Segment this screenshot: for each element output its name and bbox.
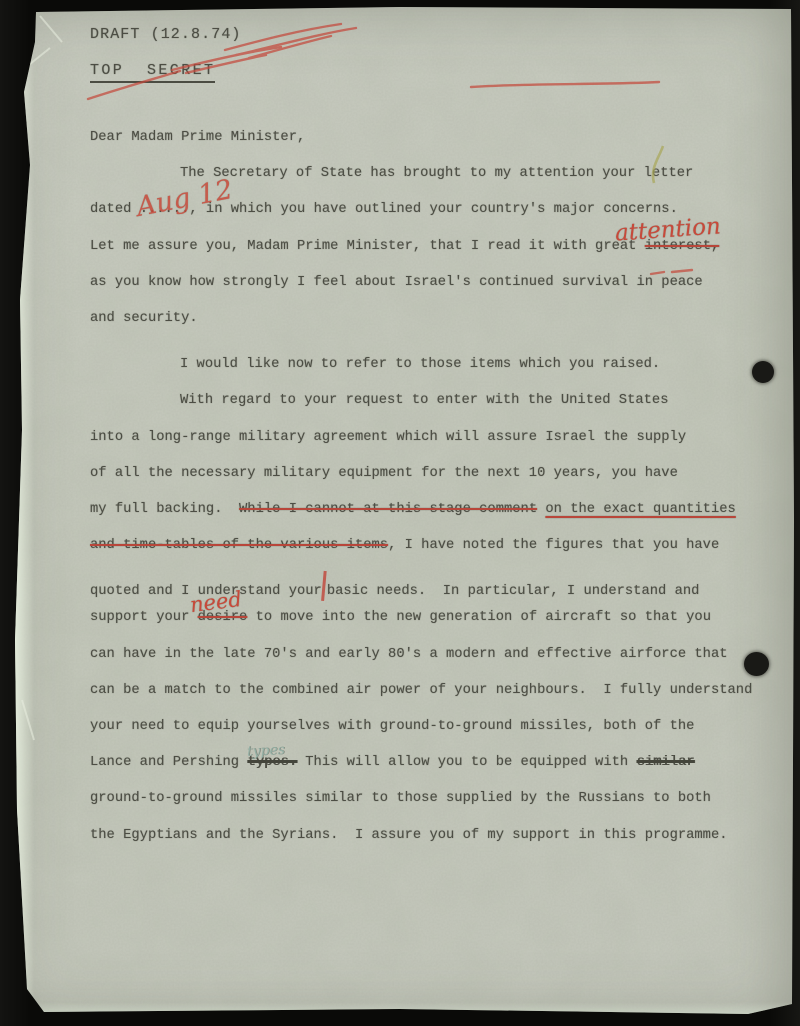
scan-surface: DRAFT (12.8.74) TOP SECRET Dear Madam Pr… [0, 0, 800, 1026]
text-segment: your need to equip yourselves with groun… [90, 719, 694, 734]
text-segment: my full backing. [90, 502, 239, 517]
text-segment: Let me assure you, Madam Prime Minister,… [90, 239, 645, 254]
text-segment: The Secretary of State has brought to my… [180, 166, 693, 181]
bottom-edge-highlight [0, 1002, 800, 1016]
letter-line: Lance and Pershing types.types This will… [90, 745, 782, 781]
letter-body: Dear Madam Prime Minister,The Secretary … [90, 120, 782, 854]
text-segment: dated [90, 202, 140, 217]
text-segment: quoted and I understand your [90, 584, 322, 599]
text-segment: types.types [247, 755, 297, 770]
letter-line: the Egyptians and the Syrians. I assure … [90, 818, 782, 854]
red-caret-mark [321, 571, 327, 601]
letter-line: can be a match to the combined air power… [90, 673, 782, 709]
text-segment: basic needs. In particular, I understand… [327, 584, 700, 599]
letter-line: your need to equip yourselves with groun… [90, 709, 782, 745]
hole-punch-bottom [744, 652, 769, 676]
letter-line: into a long-range military agreement whi… [90, 420, 782, 456]
text-segment: With regard to your request to enter wit… [180, 393, 669, 408]
text-segment: as you know how strongly I feel about Is… [90, 275, 703, 290]
text-segment: to move into the new generation of aircr… [247, 610, 711, 625]
hole-punch-top [752, 361, 774, 383]
text-segment: ......,Aug 12 [140, 202, 198, 217]
text-segment: can be a match to the combined air power… [90, 683, 752, 698]
letter-line: of all the necessary military equipment … [90, 456, 782, 492]
text-segment: can have in the late 70's and early 80's… [90, 647, 728, 662]
text-segment: and time-tables of the various items [90, 538, 388, 553]
letter-line: Dear Madam Prime Minister, [90, 120, 782, 156]
letter-line: dated ......,Aug 12 in which you have ou… [90, 192, 782, 228]
letter-line: ground-to-ground missiles similar to tho… [90, 781, 782, 817]
letter-line: and time-tables of the various items, I … [90, 528, 782, 564]
text-segment: in which you have outlined your country'… [198, 202, 678, 217]
letter-line: as you know how strongly I feel about Is… [90, 265, 782, 301]
letter-line: my full backing. While I cannot at this … [90, 492, 782, 528]
letter-line: With regard to your request to enter wit… [90, 383, 782, 419]
letter-line: and security. [90, 301, 782, 337]
letter-line: The Secretary of State has brought to my… [90, 156, 782, 192]
torn-edge-highlight [14, 0, 34, 1026]
letter-line: I would like now to refer to those items… [90, 347, 782, 383]
draft-label: DRAFT (12.8.74) [90, 26, 242, 43]
text-segment: ground-to-ground missiles similar to tho… [90, 791, 711, 806]
document-page: DRAFT (12.8.74) TOP SECRET Dear Madam Pr… [0, 0, 800, 1026]
text-segment: Dear Madam Prime Minister, [90, 130, 305, 145]
text-segment: similar [636, 755, 694, 770]
text-segment: of all the necessary military equipment … [90, 466, 678, 481]
text-segment: on the exact quantities [545, 502, 735, 517]
text-segment: the Egyptians and the Syrians. I assure … [90, 828, 728, 843]
letter-line: can have in the late 70's and early 80's… [90, 637, 782, 673]
text-segment: and security. [90, 311, 198, 326]
text-segment: desireneed [198, 610, 248, 625]
letter-line: Let me assure you, Madam Prime Minister,… [90, 229, 782, 265]
text-segment: I would like now to refer to those items… [180, 357, 660, 372]
classification-label: TOP SECRET [90, 62, 215, 83]
letter-line: support your desireneed to move into the… [90, 600, 782, 636]
text-segment: into a long-range military agreement whi… [90, 430, 686, 445]
text-segment: Lance and Pershing [90, 755, 247, 770]
text-segment: , I have noted the figures that you have [388, 538, 719, 553]
text-segment: support your [90, 610, 198, 625]
text-segment: While I cannot at this stage comment [239, 502, 537, 517]
text-segment: This will allow you to be equipped with [297, 755, 636, 770]
text-segment: interest,attention [645, 239, 720, 254]
handwritten-annotation: types [247, 743, 286, 759]
letter-line: quoted and I understand yourbasic needs.… [90, 564, 782, 600]
